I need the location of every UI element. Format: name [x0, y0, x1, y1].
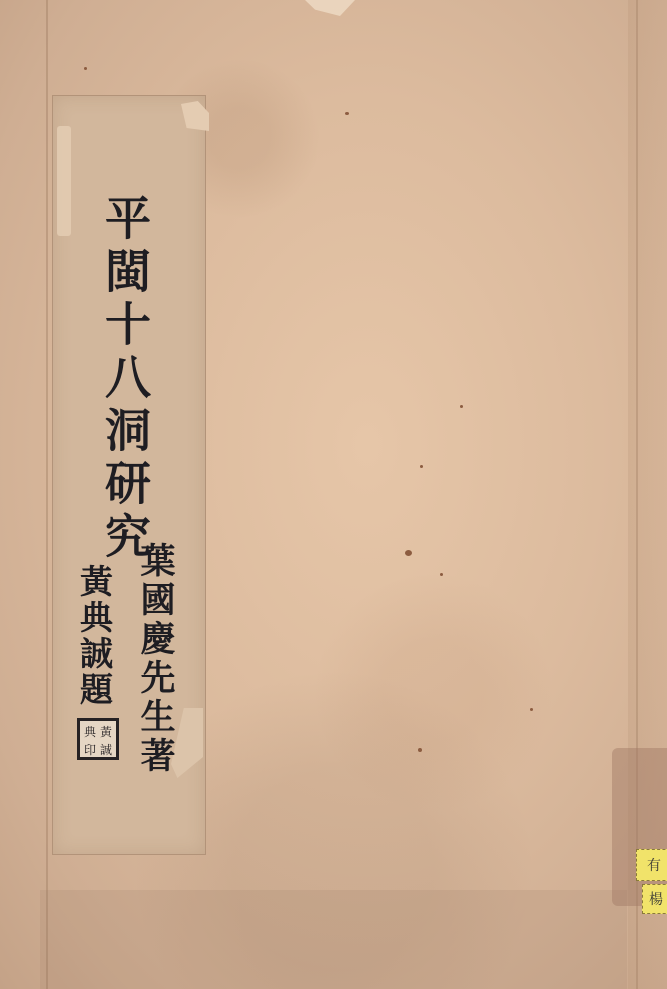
library-tag-backing [612, 748, 667, 906]
foxing-spot [420, 465, 423, 468]
foxing-spot [460, 405, 463, 408]
label-tape [57, 126, 71, 236]
seal-char: 典 [82, 723, 98, 741]
seal-char: 印 [82, 741, 98, 759]
foxing-spot [405, 550, 412, 556]
book-title: 平閩十八洞研究 [101, 194, 149, 565]
title-label: 平閩十八洞研究 葉國慶先生著 黃典誠題 典 黃 印 誠 [52, 95, 206, 855]
fold-line-left [46, 0, 48, 989]
cover-bottom-band [40, 890, 627, 989]
label-torn-corner [181, 101, 209, 131]
foxing-spot [440, 573, 443, 576]
seal-char: 誠 [98, 741, 114, 759]
seal-stamp: 典 黃 印 誠 [77, 718, 119, 760]
seal-char: 黃 [98, 723, 114, 741]
foxing-spot [530, 708, 533, 711]
calligrapher-inscription: 黃典誠題 [77, 564, 111, 708]
foxing-spot [345, 112, 349, 115]
author-line: 葉國慶先生著 [137, 542, 173, 776]
library-tag: 楊 [642, 884, 667, 914]
library-tag: 有 [636, 849, 667, 881]
foxing-spot [84, 67, 87, 70]
foxing-spot [418, 748, 422, 752]
